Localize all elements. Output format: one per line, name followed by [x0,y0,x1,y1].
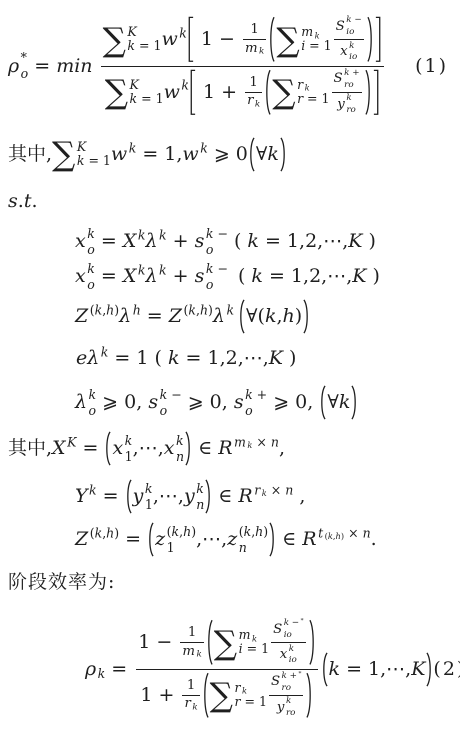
superscript: k [89,388,97,402]
text-run: ) [208,302,213,317]
sum-limits: rkr = 1 [234,680,266,711]
fraction-bar [101,66,384,67]
math-text: k [87,227,95,241]
text-run: o [87,277,95,292]
numerator: 1 [247,76,259,91]
script-base: R [238,486,252,507]
text-run: = 1,2,⋯, [263,265,352,287]
sup-sub-group: λko [75,388,96,418]
text-run: λ [145,230,157,252]
text-run: k [181,78,189,93]
subscript: o [87,278,95,292]
where-clause-matrix-y: Yk = yk1,⋯,ykn ∈ Rrk × n , [75,479,305,514]
bracket-content: ∀(k,h) [245,299,303,334]
text-run: 1 [188,625,196,640]
sup-sub-group: Sk +ro [334,69,360,90]
text-run: 其中, [8,437,52,459]
summation: ∑mki = 1 [214,627,269,658]
math-text: k [349,42,354,52]
text-run: io [349,52,357,62]
math-text: k [176,434,184,448]
text-run: w [161,28,177,50]
math-text: , [293,486,305,507]
superscript: h [133,303,141,317]
script-base: y [337,98,345,113]
sup-sub-group: xkn [164,434,184,464]
math-row: Z(k,h)λh = Z(k,h)λk∀(k,h) [75,299,310,334]
script-base: X [123,231,137,252]
text-run: x [280,647,288,662]
text-run: ,⋯, [196,528,227,550]
subscript: k [305,84,310,93]
text-run: h [106,302,114,317]
sup-sub-group: wk [161,29,186,50]
scripts: k −o [160,388,182,418]
math-text: S [271,674,280,689]
scripts: k +ro [344,69,359,90]
superscript: (k,h) [239,525,268,539]
subscript: o [21,67,29,81]
script-base: m [234,435,246,449]
scripts: k +o [245,388,267,418]
text-run: ro [344,80,353,90]
scripts: (k,h) [90,526,119,540]
script-base: z [155,529,165,550]
text-run: h [106,525,114,540]
script-base: x [280,648,288,663]
math-text: Y [75,485,88,507]
math-text: k [101,345,109,359]
superscript: rk × n [254,483,293,497]
script-base: X [123,266,137,287]
text-run: n [363,525,371,540]
text-run: Z [75,528,88,550]
math-text: x [164,437,175,459]
summation: ∑rkr = 1 [272,77,329,108]
scripts: k −io [346,16,361,37]
sup-sub-group: t(k,h) [318,526,344,540]
numerator: 1 [185,679,197,694]
text-run: k [329,658,341,680]
sup-sub-group: yk1 [133,482,153,512]
text-run: k [127,38,135,53]
text-run: = [141,305,169,327]
math-text: = [95,231,123,252]
text-run: + [287,671,297,681]
math-text: r [184,696,190,711]
scripts: (k,h) [183,303,212,317]
math-text: w [182,143,198,165]
scripts: k [159,264,167,278]
script-base: x [75,266,86,287]
fraction: Sk +*roykro [269,672,303,719]
paren-stroke [206,619,213,666]
math-text: ⩾ 0, [267,392,319,413]
math-text: k [242,687,247,696]
text-run: ⩾ 0 [208,143,248,165]
text-run: ro [282,683,291,693]
script-base: r [254,483,260,497]
math-text: k [200,141,208,155]
bracket-content: ∑mki = 1Sk −*ioxkio [213,619,309,666]
text-run: k [247,230,259,252]
script-base: λ [145,266,157,287]
math-text: o [87,243,95,257]
text-run: . [371,528,377,550]
subscript: o [160,404,182,418]
scripts: k [89,483,97,497]
math-text: 1 [249,76,257,91]
subscript: k [252,634,257,643]
math-text: (k,h) [167,525,196,539]
text-run: x [75,265,86,287]
text-run: r [247,93,253,108]
text-run: X [52,437,66,459]
sum-upper-limit: K [130,78,164,92]
text-run: m [245,41,258,56]
text-run: k [267,143,279,165]
text-run: k [247,440,252,450]
superscript: k [159,264,167,278]
text-run: io [284,630,292,640]
denominator: ykro [335,94,357,115]
scripts: k [138,229,146,243]
sup-sub-group: xko [75,227,95,257]
math-text: (k,h) [183,303,212,317]
script-base: k − [284,619,299,629]
numerator: Sk +ro [332,69,362,90]
math-text: 1 [250,23,258,38]
script-base: S [273,623,282,638]
math-row: Yk = yk1,⋯,ykn ∈ Rrk × n , [75,479,305,514]
text-run: k [159,263,167,278]
math-text: × n [267,483,294,497]
math-text: K [67,435,76,449]
subject-to-label: s.t. [8,191,38,212]
sum-symbol: ∑ [276,25,299,55]
text-run: ,⋯, [153,485,184,507]
superscript: k [87,227,95,241]
sum-upper-limit: K [127,25,161,39]
text-run: k [138,228,146,243]
sum-limits: mki = 1 [239,627,269,658]
text-run: 1 [249,75,257,90]
math-text: k [181,79,189,93]
bracket-content: ∑mki = 1Sk −ioxkio [275,16,366,63]
text-run: = 1,2,⋯, [180,347,269,369]
sup-sub-group: λh [119,306,141,327]
bracket-content: ∑rkr = 1Sk +roykro [271,69,364,116]
math-row: s.t. [8,191,38,212]
superscript: t(k,h) × n [318,526,371,540]
math-text: s.t. [8,191,38,212]
superscript: k [159,229,167,243]
script-base: k + [282,672,297,682]
math-text: 1 [145,498,153,512]
text-run: λ [145,265,157,287]
sum-limits: mki = 1 [301,24,331,55]
text-run: K [77,139,86,154]
subscript: o [89,404,97,418]
sup-sub-group: Sk −*io [273,619,303,640]
math-text: r [297,77,303,92]
script-base: s [148,392,158,413]
text-run: k [87,226,95,241]
paren-group: ∑rkr = 1Sk +roykro [264,69,371,116]
math-text: k − [284,618,299,628]
denominator: ∑Kk = 1wk 1 + 1rk∑rkr = 1Sk +roykro [103,69,382,116]
text-run: × [252,434,270,449]
scripts: K [67,435,76,449]
math-text: k [286,697,291,707]
scripts: kn [196,482,204,512]
text-run: o [206,242,214,257]
math-text: × n [344,526,371,540]
text-run: h [200,302,208,317]
subscript: n [196,498,204,512]
text-run: × [344,525,362,540]
math-text: y [184,485,195,507]
subscript: o [245,404,267,418]
square-bracket-stroke [373,69,380,116]
text-run: s [195,265,205,287]
sum-limits: Kk = 1 [130,77,164,108]
text-run: 1 [145,497,153,512]
math-text: k [262,489,267,498]
text-run: ∀ [256,143,267,165]
text-run: ⩾ 0, [182,391,234,413]
math-text: io [346,28,354,38]
text-run: ) [362,230,375,252]
text-run: K [411,658,425,680]
paren-stroke [426,652,433,687]
math-text: w [164,81,180,103]
math-text: k [247,441,252,450]
superscript: k [181,79,189,93]
superscript: K [67,435,76,449]
superscript: k [179,27,187,41]
math-text: io [284,631,292,641]
script-base: Y [75,486,88,507]
math-text: m [234,434,246,449]
math-text: ⩾ 0 [208,144,248,165]
paren-stroke [264,69,271,116]
sup-sub-group: ρk [85,659,105,680]
math-text: * [299,671,302,677]
superscript: * [21,51,29,65]
text-run: * [301,618,304,624]
script-base: y [277,701,285,716]
sup-sub-group: Rrk × n [238,486,293,507]
equation-1-tag: (1) [415,55,448,77]
math-text: o [89,404,97,418]
math-text: Z [75,528,88,550]
math-text: X [52,437,66,459]
math-row: xko = Xkλk + sk −o ( k = 1,2,⋯,K ) [75,262,380,292]
sup-sub-group: λk [145,231,166,252]
superscript: k [286,697,295,707]
bracket-content: ∑rkr = 1Sk +*roykro [209,672,307,719]
summation: ∑Kk = 1 [105,77,164,108]
sum-lower-limit: i = 1 [301,39,331,53]
text-run: * [299,671,302,677]
paren-group: yk1,⋯,ykn [125,479,213,514]
math-text: 1 [188,626,196,641]
paren-stroke [268,16,275,63]
math-text: k − [206,262,228,276]
math-text: y [277,700,285,715]
text-run: o [160,403,168,418]
sup-sub-group: xkio [280,645,297,666]
scripts: k [200,141,208,155]
math-text: k [159,264,167,278]
text-run: w [111,143,127,165]
text-run: ) [341,531,344,541]
superscript: * [299,671,302,677]
superscript: * [301,618,304,624]
scripts: kn [176,434,184,464]
superscript: k [200,141,208,155]
paren-stroke [185,431,192,466]
math-text: . [371,529,377,550]
subscript: k [259,48,264,58]
text-run: − [213,226,227,241]
sup-sub-group: mk [301,25,319,39]
bracket-content: yk1,⋯,ykn [132,479,206,514]
bracket-content: 1 − 1mk∑mki = 1Sk −ioxkio [194,16,375,63]
sum-symbol: ∑ [103,25,126,55]
scripts: h [133,303,141,317]
text-run: = [97,485,125,507]
math-text: o [87,278,95,292]
numerator: Sk −*io [271,619,305,640]
math-text: k [196,482,204,496]
sup-sub-group: k +* [282,672,302,682]
script-base: S [334,72,343,87]
math-row: ∑mki = 1Sk −*ioxkio [214,619,308,666]
superscript: k + [344,69,359,79]
math-text: = min [28,56,92,77]
text-run: k [252,633,257,643]
text-run: ( [228,230,248,252]
equation-1: ρ*o = min∑Kk = 1wk 1 − 1mk∑mki = 1Sk −io… [8,8,448,124]
superscript: k +* [282,672,302,682]
paren-group: ∀(k,h) [238,299,310,334]
text-run: 1 + [140,684,180,706]
math-row: 1 + 1rk∑rkr = 1Sk +roykro [197,69,372,116]
text-run: n [196,497,204,512]
text-run: K [67,434,76,449]
text-run: = 1 [243,641,269,656]
text-run: ) [114,302,119,317]
scripts: *o [21,51,29,81]
subscript: 1 [167,541,196,555]
paren-stroke [269,522,276,557]
math-row: xk1,⋯,xkn [112,434,184,464]
scripts: rk × n [254,483,293,497]
text-run: o [245,403,253,418]
text-run: k [255,99,260,109]
sup-sub-group: mk [182,645,201,660]
sup-sub-group: Rmk × n [218,438,279,459]
math-text: ⩾ 0, [96,392,148,413]
text-run: R [218,437,232,459]
text-run: + [253,387,267,402]
math-text: k + [282,671,297,681]
math-text: ,⋯, [153,486,184,507]
scripts: k [242,687,247,696]
math-text: k + [245,388,267,402]
sup-sub-group: xkio [340,42,357,63]
denominator: xkio [278,645,299,666]
text-run: ⩾ 0, [267,391,319,413]
script-base: S [336,20,345,35]
fraction: 1 − 1mk∑mki = 1Sk −*ioxkio1 + 1rk∑rkr = … [136,619,317,718]
text-run: = [76,437,104,459]
text-run: K [130,77,139,92]
text-run: z [155,528,165,550]
math-text: k [159,229,167,243]
text-run: n [239,540,247,555]
script-base: s [195,266,205,287]
math-text: k [196,651,201,661]
text-run: n [285,482,293,497]
scripts: * [301,618,304,624]
math-text: k − [346,16,361,26]
text-run: io [289,655,297,665]
scripts: k [192,703,197,713]
text-run: s [148,391,158,413]
subscript: k [315,31,320,40]
text-run: K [127,24,136,39]
math-row: 1 − 1mk∑mki = 1Sk −*ioxkio [138,619,315,666]
fraction: 1mk [243,23,266,56]
text-run: k [130,91,138,106]
math-text: 1 + [197,82,243,103]
denominator: xkio [338,42,359,63]
text-run: m [234,434,246,449]
script-base: r [234,681,240,695]
math-text: × n [252,435,279,449]
math-row: ρk = 1 − 1mk∑mki = 1Sk −*ioxkio1 + 1rk∑r… [85,619,433,718]
subscript: k [98,667,106,681]
script-base: w [161,29,177,50]
math-text: (k,h) [90,526,119,540]
paren-group: z(k,h)1,⋯,z(k,h)n [147,522,276,557]
sup-sub-group: wk [182,144,207,165]
math-text: r = 1 [297,92,329,106]
summation: ∑mki = 1 [276,24,331,55]
math-text: 其中, [8,144,52,165]
subscript: o [206,243,228,257]
text-run: io [346,27,354,37]
math-text: t [318,525,323,540]
text-run: ,⋯, [133,437,164,459]
math-text: i = 1 [301,39,331,53]
paren-stroke [303,299,310,334]
text-run: k [259,47,264,57]
text-run: ) [114,525,119,540]
text-run: ) [366,265,379,287]
sup-sub-group: z(k,h)n [227,525,268,555]
math-text: = [76,438,104,459]
math-text: r = 1 [234,695,266,709]
script-base: Z [75,529,88,550]
fraction: Sk −*ioxkio [271,619,305,666]
math-text: * [301,618,304,624]
math-text: = [105,659,133,680]
bracket-content: ∀k [255,137,280,172]
